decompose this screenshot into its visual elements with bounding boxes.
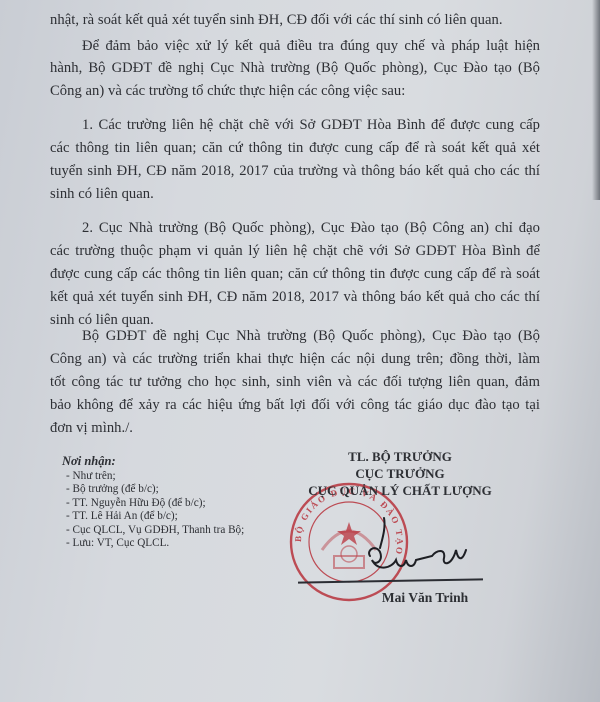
closing-line: bảo không để xảy ra các hiệu ứng bất lợi… (50, 395, 540, 415)
recipient-item: - Cục QLCL, Vụ GDĐH, Thanh tra Bộ; (62, 524, 244, 538)
list-item-2-line: kết quả xét tuyển sinh ĐH, CĐ năm 2018, … (50, 287, 540, 307)
signer-name: Mai Văn Trinh (355, 590, 495, 606)
body-line: nhật, rà soát kết quả xét tuyển sinh ĐH,… (50, 10, 540, 30)
list-item-1-line: tuyển sinh ĐH, CĐ năm 2018, 2017 của trư… (50, 161, 540, 181)
closing-line: Công an) và các trường triển khai thực h… (50, 349, 540, 369)
body-line: Để đảm bảo việc xử lý kết quả điều tra đ… (50, 36, 540, 56)
recipients-block: Nơi nhận: - Như trên; - Bộ trưởng (để b/… (62, 455, 244, 551)
signature-title-line-2: CỤC TRƯỞNG (300, 465, 500, 482)
recipient-item: - Như trên; (62, 470, 244, 484)
closing-line: tốt công tác tư tưởng cho học sinh, sinh… (50, 372, 540, 392)
body-line: hành, Bộ GDĐT đề nghị Cục Nhà trường (Bộ… (50, 58, 540, 78)
list-item-2-line: được cung cấp các thông tin liên quan; c… (50, 264, 540, 284)
list-item-1-line: 1. Các trường liên hệ chặt chẽ với Sở GD… (50, 115, 540, 135)
recipient-item: - Bộ trưởng (để b/c); (62, 483, 244, 497)
document-page: nhật, rà soát kết quả xét tuyển sinh ĐH,… (0, 0, 600, 702)
recipient-item: - Lưu: VT, Cục QLCL. (62, 537, 244, 551)
recipient-item: - TT. Nguyễn Hữu Độ (để b/c); (62, 497, 244, 511)
handwritten-signature-icon (362, 510, 482, 585)
signature-title-line-1: TL. BỘ TRƯỞNG (300, 448, 500, 465)
closing-line: Bộ GDĐT đề nghị Cục Nhà trường (Bộ Quốc … (50, 326, 540, 346)
list-item-2-line: các trường thuộc phạm vi quản lý liên hệ… (50, 241, 540, 261)
recipients-title: Nơi nhận: (62, 455, 244, 469)
signature-title-block: TL. BỘ TRƯỞNG CỤC TRƯỞNG CỤC QUẢN LÝ CHẤ… (300, 448, 500, 499)
list-item-2-line: 2. Cục Nhà trường (Bộ Quốc phòng), Cục Đ… (50, 218, 540, 238)
list-item-1-line: các thông tin liên quan; căn cứ thông ti… (50, 138, 540, 158)
recipient-item: - TT. Lê Hải An (để b/c); (62, 510, 244, 524)
body-line: Công an) và các trường tổ chức thực hiện… (50, 81, 540, 101)
closing-line: đơn vị mình./. (50, 418, 540, 438)
list-item-1-line: sinh có liên quan. (50, 184, 540, 204)
signature-title-line-3: CỤC QUẢN LÝ CHẤT LƯỢNG (300, 482, 500, 499)
